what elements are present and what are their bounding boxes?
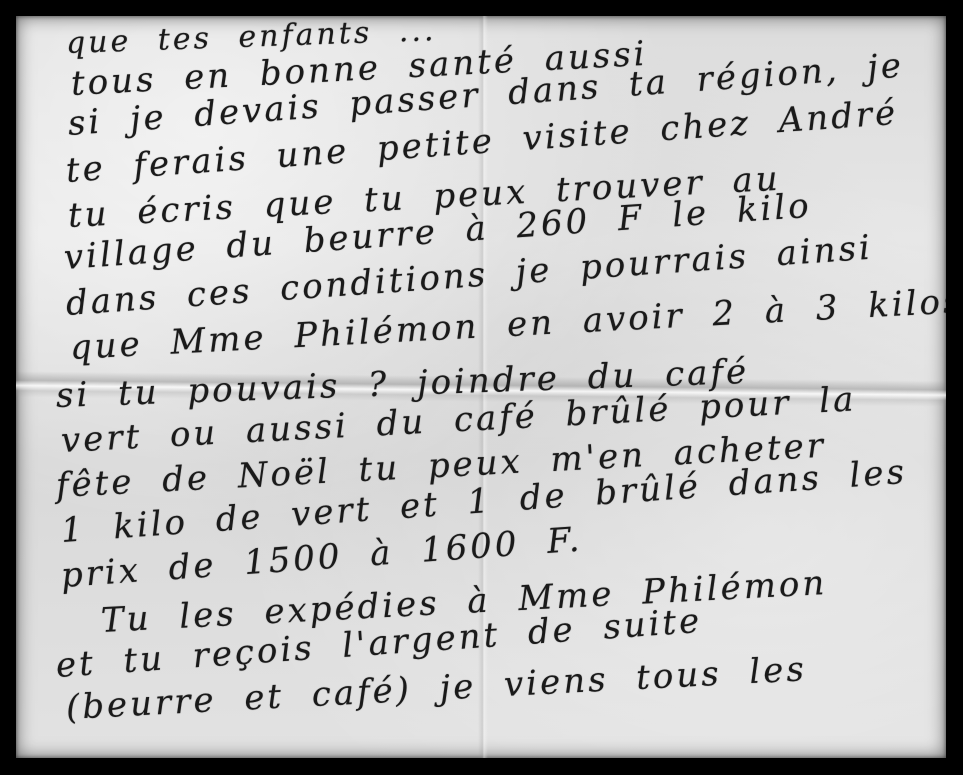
photo-frame: que tes enfants ... tous en bonne santé … xyxy=(0,0,963,775)
letter-page: que tes enfants ... tous en bonne santé … xyxy=(16,16,946,758)
